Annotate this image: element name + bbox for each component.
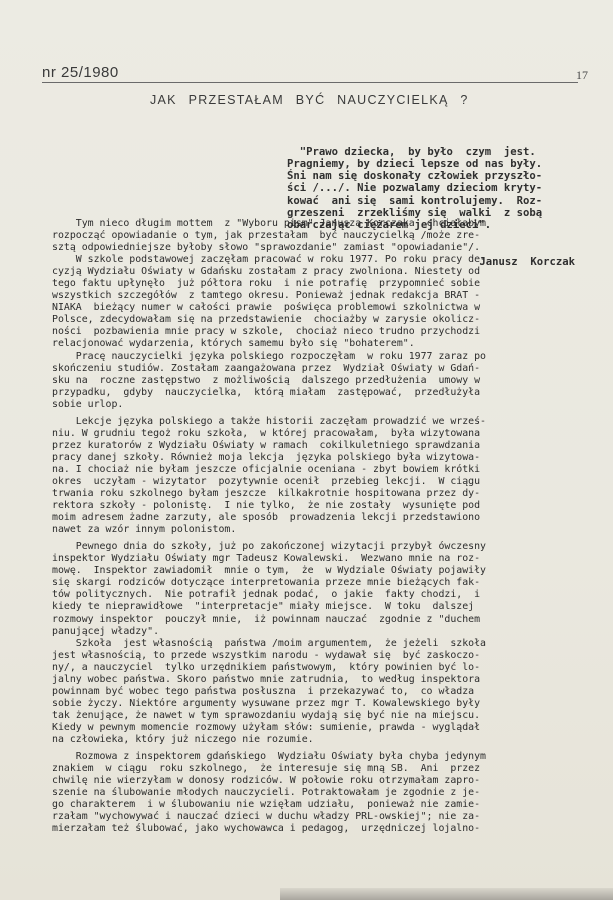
motto-line: ści /.../. Nie pozwalamy dzieciom kryty- bbox=[287, 182, 597, 194]
text-line: Kiedy w pewnym momencie rozmowy użyłam s… bbox=[52, 722, 592, 734]
text-line: chwilę nie wierzyłam w donosy rodziców. … bbox=[52, 775, 592, 787]
motto-line: Śni nam się doskonały człowiek przyszło- bbox=[287, 170, 597, 182]
text-line: Tym nieco długim mottem z "Wyboru pism" … bbox=[52, 218, 592, 230]
text-line: szenie na ślubowanie młodych nauczycieli… bbox=[52, 787, 592, 799]
text-line: niu. W grudniu tegoż roku szkoła, w któr… bbox=[52, 428, 592, 440]
text-line: tego faktu upłynęło już półtora roku i n… bbox=[52, 278, 592, 290]
header-rule bbox=[42, 82, 578, 83]
text-line: Rozmowa z inspektorem gdańskiego Wydział… bbox=[52, 751, 592, 763]
paragraph: Rozmowa z inspektorem gdańskiego Wydział… bbox=[52, 751, 592, 835]
text-line: nawet za wzór innym polonistom. bbox=[52, 524, 592, 536]
text-line: trwania roku szkolnego byłam jeszcze kil… bbox=[52, 488, 592, 500]
paragraph: Lekcje języka polskiego a także historii… bbox=[52, 416, 592, 536]
paragraph: Tym nieco długim mottem z "Wyboru pism" … bbox=[52, 218, 592, 254]
article-title: JAK PRZESTAŁAM BYĆ NAUCZYCIELKĄ ? bbox=[150, 93, 469, 107]
text-line: NIAKA bieżący numer w całości prawie poś… bbox=[52, 302, 592, 314]
text-line: wszystkich szczegółów z tamtego okresu. … bbox=[52, 290, 592, 302]
text-line: ny/, a nauczyciel tylko urzędnikiem pańs… bbox=[52, 662, 592, 674]
motto-line: Pragniemy, by dzieci lepsze od nas były. bbox=[287, 158, 597, 170]
text-line: tak żenujące, że nawet w tym sprawozdani… bbox=[52, 710, 592, 722]
page-number: 17 bbox=[576, 68, 588, 83]
paragraph: Pracę nauczycielki języka polskiego rozp… bbox=[52, 351, 592, 411]
text-line: skończeniu studiów. Zostałam zaangażowan… bbox=[52, 363, 592, 375]
text-line: moim adresem żadne zarzuty, ale sposób p… bbox=[52, 512, 592, 524]
text-line: kiedy te nieprawidłowe "interpretacje" m… bbox=[52, 601, 592, 613]
text-line: okres uczyłam - wizytator pozytywnie oce… bbox=[52, 476, 592, 488]
text-line: go charakterem i w ślubowaniu nie wzięła… bbox=[52, 799, 592, 811]
text-line: powinnam być wobec tego państwa posłuszn… bbox=[52, 686, 592, 698]
text-line: znakiem w ciągu roku szkolnego, że inter… bbox=[52, 763, 592, 775]
text-line: panującej władzy". bbox=[52, 626, 592, 638]
text-line: mowę. Inspektor zawiadomił mnie o tym, ż… bbox=[52, 565, 592, 577]
text-line: rzałam "wychowywać i nauczać dzieci w du… bbox=[52, 811, 592, 823]
text-line: sztą odpowiedniejsze byłoby słowo "spraw… bbox=[52, 242, 592, 254]
text-line: przez kuratorów z Wydziału Oświaty w ram… bbox=[52, 440, 592, 452]
text-line: Pracę nauczycielki języka polskiego rozp… bbox=[52, 351, 592, 363]
text-line: się skargi rodziców dotyczące interpreto… bbox=[52, 577, 592, 589]
text-line: rektora szkoły - polonistę. I nie tylko,… bbox=[52, 500, 592, 512]
motto-line: "Prawo dziecka, by było czym jest. bbox=[287, 146, 597, 158]
text-line: inspektor Wydziału Oświaty mgr Tadeusz K… bbox=[52, 553, 592, 565]
paragraph: Pewnego dnia do szkoły, już po zakończon… bbox=[52, 541, 592, 637]
text-line: sku na roczne zastępstwo z możliwością d… bbox=[52, 375, 592, 387]
text-line: przypadku, gdyby nauczycielka, którą mia… bbox=[52, 387, 592, 399]
paragraph: W szkole podstawowej zaczęłam pracować w… bbox=[52, 254, 592, 350]
text-line: na. I chociaż nie byłam jeszcze oficjaln… bbox=[52, 464, 592, 476]
text-line: Pewnego dnia do szkoły, już po zakończon… bbox=[52, 541, 592, 553]
motto-line: kować ani się sami kontrolujemy. Roz- bbox=[287, 195, 597, 207]
text-line: rozpocząć opowiadanie o tym, jak przesta… bbox=[52, 230, 592, 242]
text-line: mierzałam też ślubować, jako wychowawca … bbox=[52, 823, 592, 835]
text-line: ności pozbawienia mnie pracy w szkole, c… bbox=[52, 326, 592, 338]
document-page: nr 25/1980 17 JAK PRZESTAŁAM BYĆ NAUCZYC… bbox=[0, 0, 613, 900]
text-line: jest własnością, to przede wszystkim nar… bbox=[52, 650, 592, 662]
text-line: relacjonować wydarzenia, których samemu … bbox=[52, 338, 592, 350]
text-line: Lekcje języka polskiego a także historii… bbox=[52, 416, 592, 428]
text-line: rozmowy inspektor pouczył mnie, iż powin… bbox=[52, 614, 592, 626]
issue-number: nr 25/1980 bbox=[42, 64, 119, 81]
article-body: Tym nieco długim mottem z "Wyboru pism" … bbox=[52, 218, 592, 835]
text-line: W szkole podstawowej zaczęłam pracować w… bbox=[52, 254, 592, 266]
paragraph: Szkoła jest własnością państwa /moim arg… bbox=[52, 638, 592, 746]
page-header: nr 25/1980 17 bbox=[42, 64, 578, 82]
text-line: jalny wobec państwa. Skoro państwo mnie … bbox=[52, 674, 592, 686]
text-line: sobie życzy. Niektóre argumenty wysuwane… bbox=[52, 698, 592, 710]
text-line: Szkoła jest własnością państwa /moim arg… bbox=[52, 638, 592, 650]
text-line: tów politycznych. Nie potrafił jednak po… bbox=[52, 589, 592, 601]
text-line: na człowieka, który już niczego nie rozu… bbox=[52, 734, 592, 746]
text-line: Polsce, zdecydowałam się na przedstawien… bbox=[52, 314, 592, 326]
text-line: cyzją Wydziału Oświaty w Gdańsku została… bbox=[52, 266, 592, 278]
text-line: pracy danej szkoły. Również moja lekcja … bbox=[52, 452, 592, 464]
text-line: sobie urlop. bbox=[52, 399, 592, 411]
page-edge-shadow bbox=[280, 888, 613, 900]
